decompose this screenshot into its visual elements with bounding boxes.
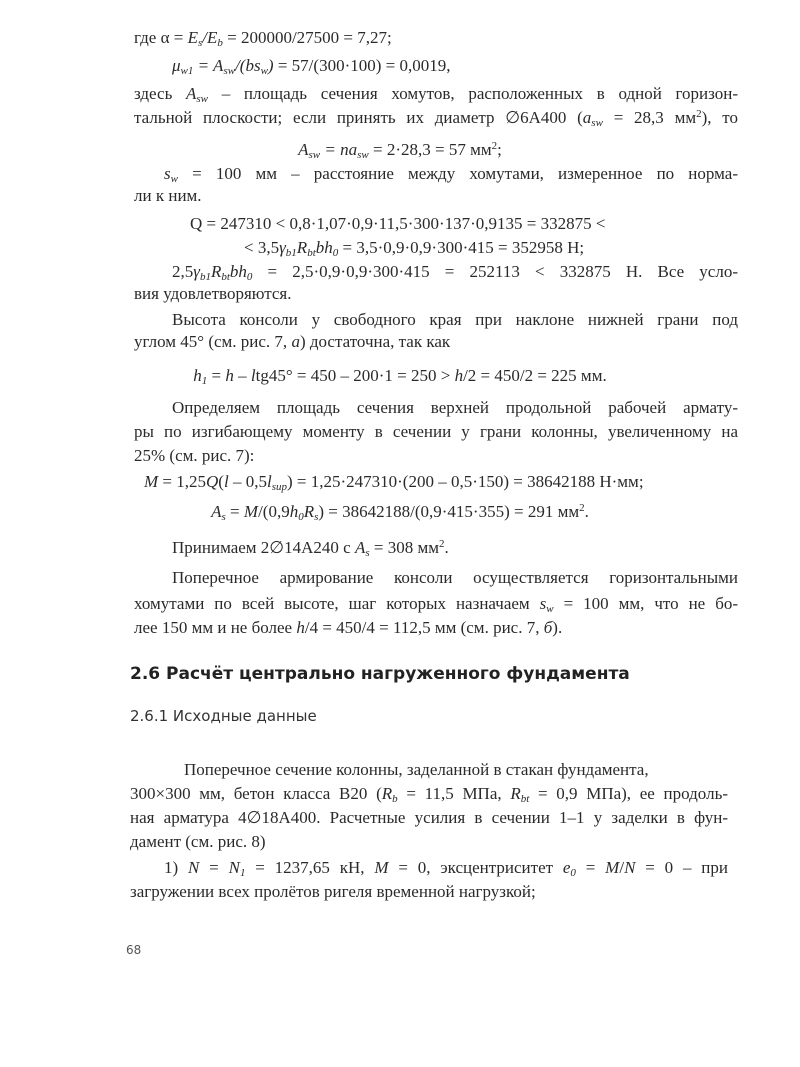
formula-mu: μw1 = Asw/(bsw) = 57/(300·100) = 0,0019, [172,56,450,76]
text-line: загружении всех пролётов ригеля временно… [130,882,536,902]
formula-q-cont: < 3,5γb1Rbtbh0 = 3,5·0,9·0,9·300·415 = 3… [244,238,584,258]
subsection-heading: 2.6.1 Исходные данные [130,706,317,726]
formula-m: M = 1,25Q(l – 0,5lsup) = 1,25·247310·(20… [144,472,644,492]
text-line: Определяем площадь сечения верхней продо… [172,398,738,418]
text-line: дамент (см. рис. 8) [130,832,266,852]
text-line: углом 45° (см. рис. 7, а) достаточна, та… [134,332,450,352]
text-line: ры по изгибающему моменту в сечении у гр… [134,422,738,442]
formula-asw: Asw = nasw = 2·28,3 = 57 мм2; [0,140,800,160]
text-line: 300×300 мм, бетон класса B20 (Rb = 11,5 … [130,784,728,804]
text-line: ли к ним. [134,186,202,206]
page-number: 68 [126,940,141,960]
text-line: 1) N = N1 = 1237,65 кН, M = 0, эксцентри… [164,858,728,878]
formula-as: As = M/(0,9h0Rs) = 38642188/(0,9·415·355… [0,502,800,522]
section-heading: 2.6 Расчёт центрально нагруженного фунда… [130,664,630,684]
formula-q: Q = 247310 < 0,8·1,07·0,9·11,5·300·137·0… [190,214,605,234]
document-page: где α = Es/Eb = 200000/27500 = 7,27; μw1… [0,0,800,1067]
formula-alpha: где α = Es/Eb = 200000/27500 = 7,27; [134,28,392,48]
text-line: хомутами по всей высоте, шаг которых наз… [134,594,738,614]
formula-h1: h1 = h – ltg45° = 450 – 200·1 = 250 > h/… [0,366,800,386]
text-line: вия удовлетворяются. [134,284,292,304]
text-line: ная арматура 4∅18A400. Расчетные усилия … [130,808,728,828]
text-line: 25% (см. рис. 7): [134,446,254,466]
text-line: здесь Asw – площадь сечения хомутов, рас… [134,84,738,104]
text-line: 2,5γb1Rbtbh0 = 2,5·0,9·0,9·300·415 = 252… [172,262,738,282]
text-line: лее 150 мм и не более h/4 = 450/4 = 112,… [134,618,562,638]
text-line: Поперечное сечение колонны, заделанной в… [184,760,649,780]
text-line: Принимаем 2∅14A240 с As = 308 мм2. [172,538,449,558]
text-line: sw = 100 мм – расстояние между хомутами,… [164,164,738,184]
text-line: Поперечное армирование консоли осуществл… [172,568,738,588]
text-line: тальной плоскости; если принять их диаме… [134,108,738,128]
text-line: Высота консоли у свободного края при нак… [172,310,738,330]
